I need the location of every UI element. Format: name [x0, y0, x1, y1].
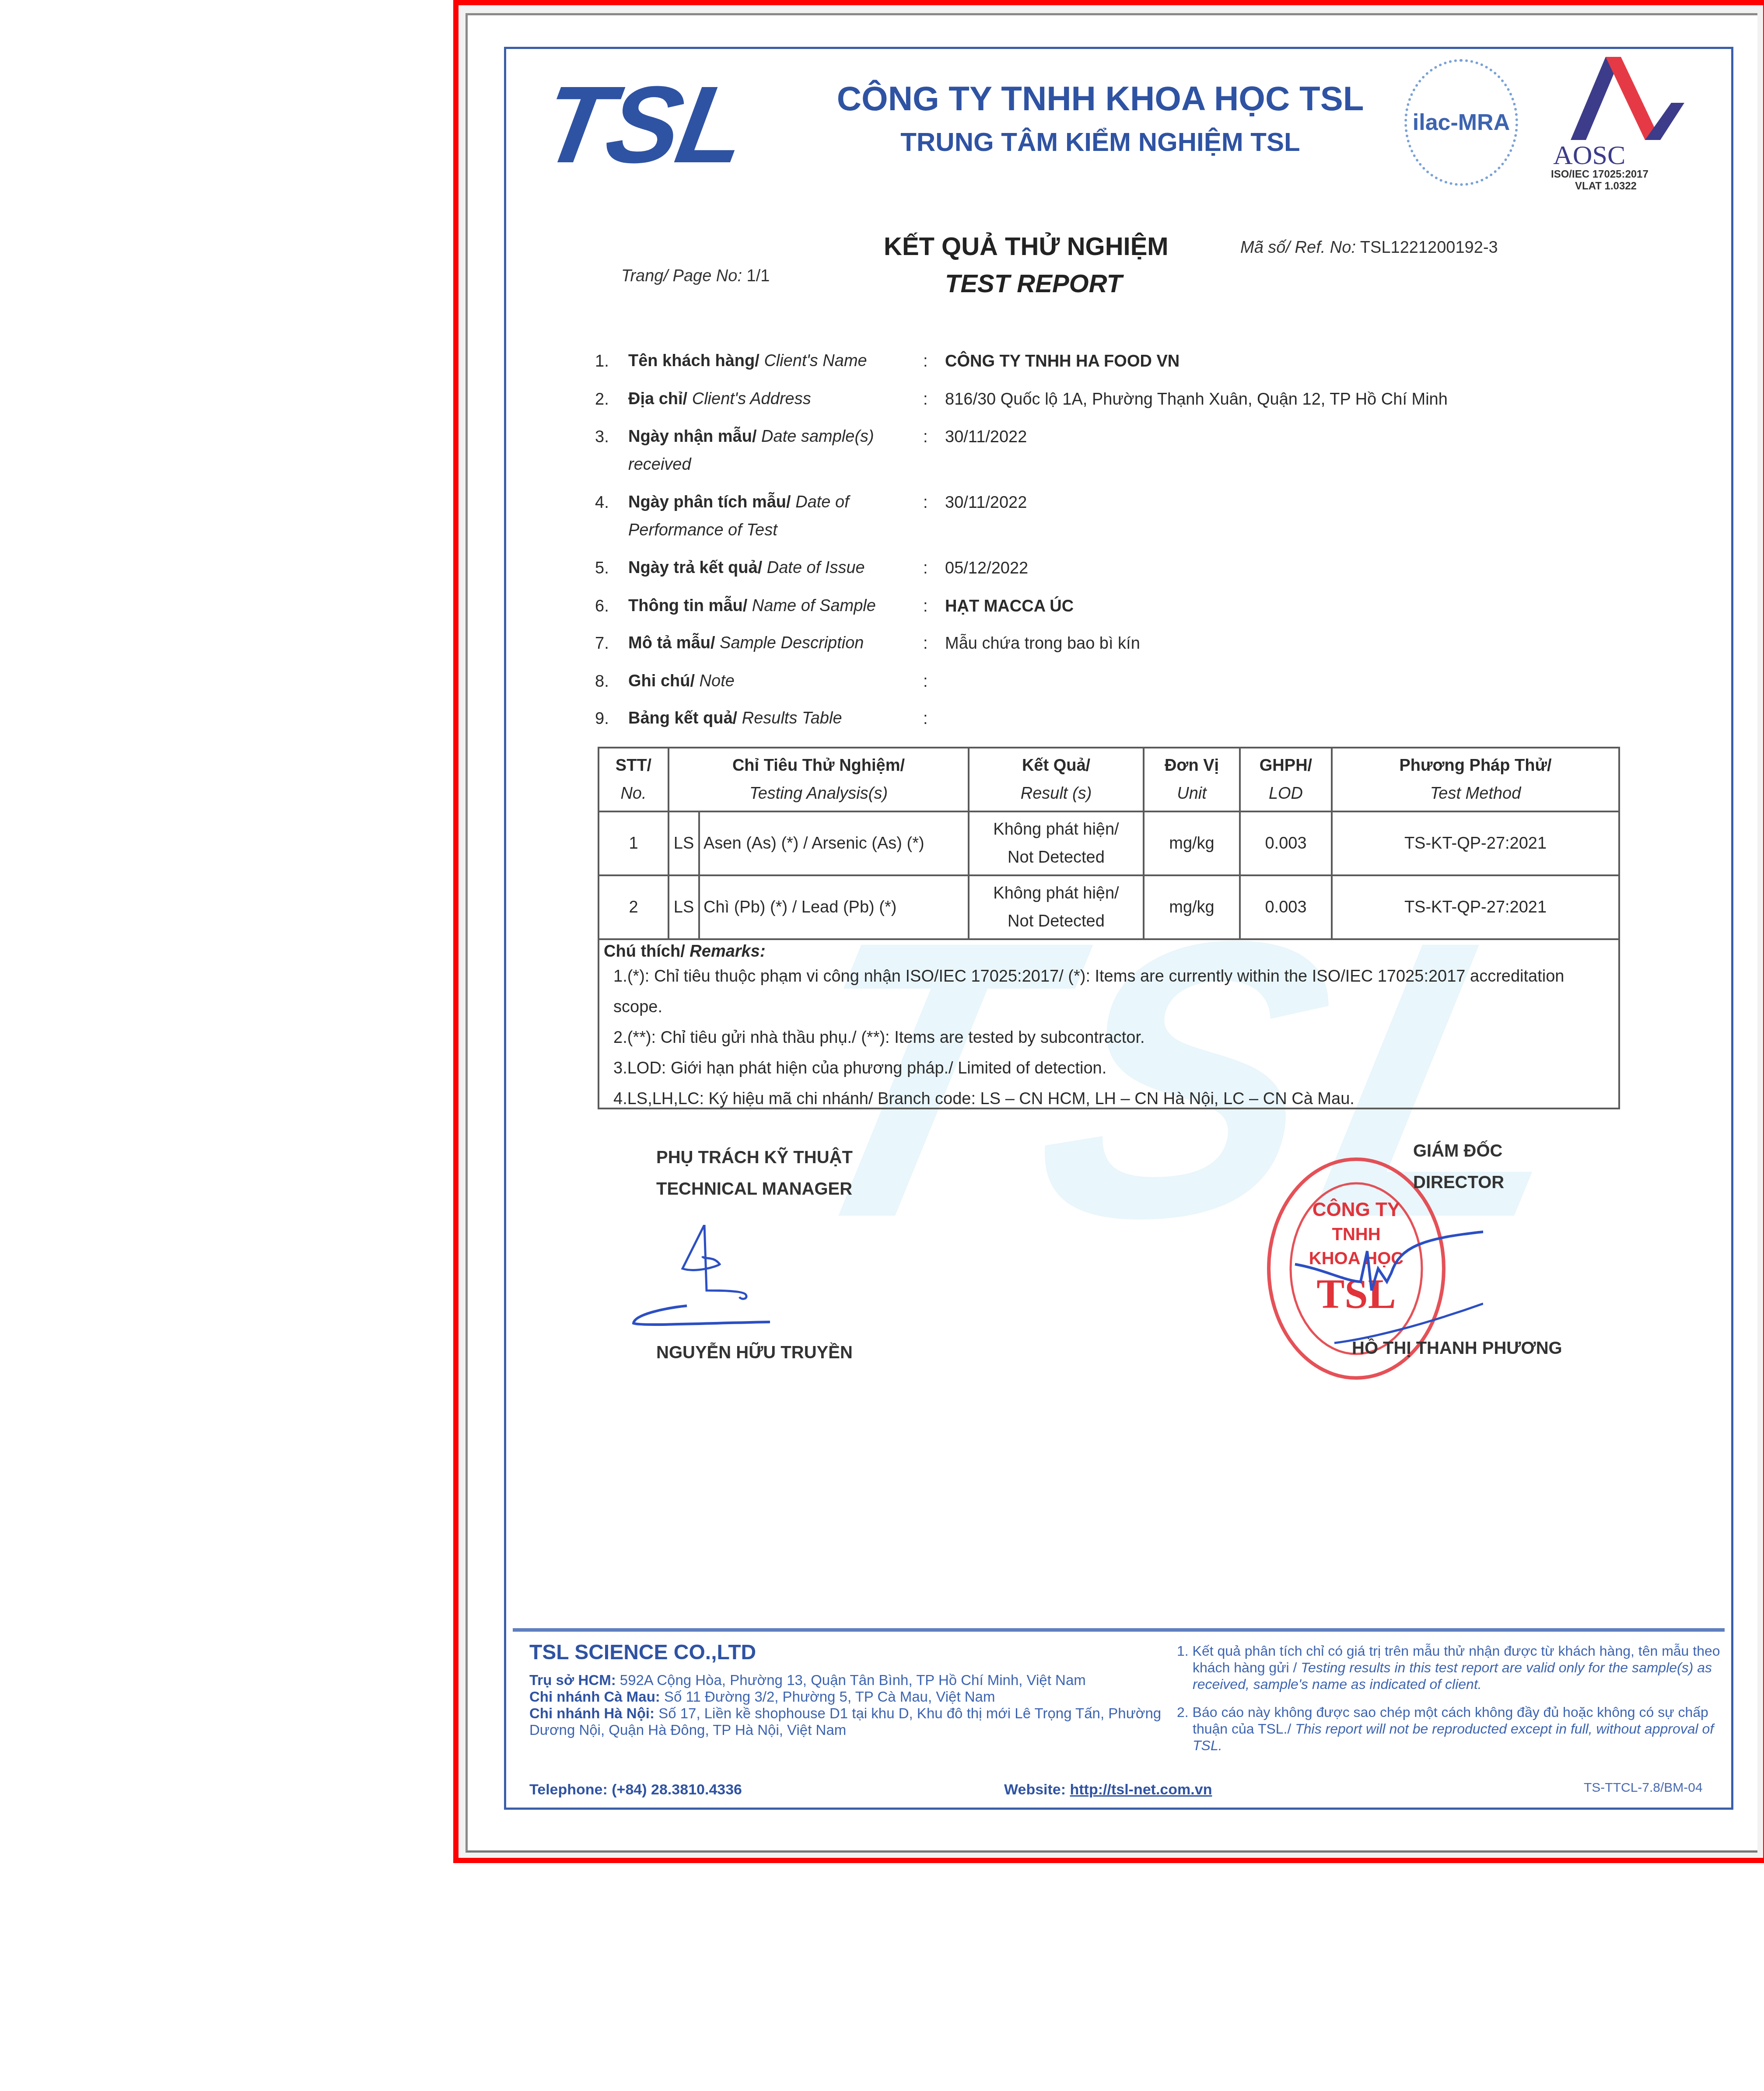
- info-row-colon: :: [923, 428, 928, 447]
- result-value: Không phát hiện/Not Detected: [969, 875, 1144, 939]
- remarks-heading: Chú thích/ Remarks:: [604, 942, 1614, 961]
- ilac-logo-text: ilac-MRA: [1413, 109, 1510, 136]
- info-row-value: 05/12/2022: [945, 559, 1028, 578]
- ilac-mra-logo: ilac-MRA: [1404, 59, 1518, 186]
- info-row-number: 2.: [595, 390, 621, 409]
- page-value: 1/1: [747, 267, 770, 285]
- result-unit: mg/kg: [1144, 875, 1240, 939]
- results-column-header: Chỉ Tiêu Thử Nghiệm/Testing Analysis(s): [668, 748, 969, 811]
- website-link[interactable]: http://tsl-net.com.vn: [1070, 1781, 1212, 1798]
- director-title-vi: GIÁM ĐỐC: [1413, 1135, 1504, 1167]
- result-no: 2: [598, 875, 668, 939]
- result-branch-code: LS: [668, 811, 699, 875]
- ref-label: Mã số/ Ref. No:: [1240, 238, 1356, 257]
- info-row-label: Mô tả mẫu/ Sample Description: [628, 629, 899, 657]
- info-row-label: Ngày trả kết quả/ Date of Issue: [628, 554, 899, 582]
- report-title-vi: KẾT QUẢ THỬ NGHIỆM: [884, 232, 1169, 261]
- results-column-header: GHPH/LOD: [1240, 748, 1332, 811]
- director-signature-block: GIÁM ĐỐC DIRECTOR: [1413, 1135, 1504, 1198]
- info-row-number: 7.: [595, 634, 621, 653]
- company-title: CÔNG TY TNHH KHOA HỌC TSL: [822, 79, 1378, 119]
- aosc-chevron-icon: [1544, 52, 1689, 149]
- info-row-label: Ghi chú/ Note: [628, 667, 899, 695]
- aosc-logo-text: AOSC: [1553, 140, 1625, 171]
- svg-text:KHOA HỌC: KHOA HỌC: [1309, 1249, 1403, 1268]
- info-row-number: 1.: [595, 352, 621, 371]
- technical-manager-name: NGUYỄN HỮU TRUYỀN: [656, 1343, 853, 1363]
- result-unit: mg/kg: [1144, 811, 1240, 875]
- footer-website: Website: http://tsl-net.com.vn: [1004, 1781, 1212, 1798]
- info-row-colon: :: [923, 634, 928, 653]
- ref-value: TSL1221200192-3: [1360, 238, 1498, 257]
- info-row-label: Ngày nhận mẫu/ Date sample(s) received: [628, 423, 899, 479]
- info-row-number: 5.: [595, 559, 621, 578]
- info-row-value: Mẫu chứa trong bao bì kín: [945, 634, 1140, 653]
- remarks-box: Chú thích/ Remarks: 1.(*): Chỉ tiêu thuộ…: [598, 935, 1620, 1109]
- form-code: TS-TTCL-7.8/BM-04: [1584, 1780, 1703, 1795]
- info-row-colon: :: [923, 710, 928, 728]
- info-row-number: 9.: [595, 710, 621, 728]
- technical-manager-signature-icon: [630, 1225, 814, 1339]
- info-row-number: 3.: [595, 428, 621, 447]
- svg-text:CÔNG TY: CÔNG TY: [1312, 1198, 1400, 1220]
- result-branch-code: LS: [668, 875, 699, 939]
- info-row-colon: :: [923, 597, 928, 616]
- report-title-en: TEST REPORT: [945, 269, 1122, 298]
- footer-camau-address: Chi nhánh Cà Mau: Số 11 Đường 3/2, Phườn…: [529, 1689, 1164, 1705]
- footer-note-2: 2. Báo cáo này không được sao chép một c…: [1177, 1704, 1724, 1754]
- results-table-row: 2LSChì (Pb) (*) / Lead (Pb) (*)Không phá…: [598, 875, 1619, 939]
- info-row-value: 30/11/2022: [945, 428, 1027, 447]
- footer-divider: [513, 1628, 1725, 1632]
- footer-note-1: 1. Kết quả phân tích chỉ có giá trị trên…: [1177, 1643, 1724, 1692]
- footer-hq-address: Trụ sở HCM: 592A Cộng Hòa, Phường 13, Qu…: [529, 1672, 1164, 1689]
- info-row-colon: :: [923, 352, 928, 371]
- svg-text:TNHH: TNHH: [1332, 1225, 1380, 1244]
- info-row-colon: :: [923, 390, 928, 409]
- technical-manager-title-en: TECHNICAL MANAGER: [656, 1173, 853, 1205]
- footer-company-name: TSL SCIENCE CO.,LTD: [529, 1640, 756, 1664]
- remark-item: 4.LS,LH,LC: Ký hiệu mã chi nhánh/ Branch…: [604, 1084, 1614, 1114]
- result-value: Không phát hiện/Not Detected: [969, 811, 1144, 875]
- info-row-value: 816/30 Quốc lộ 1A, Phường Thạnh Xuân, Qu…: [945, 390, 1448, 409]
- info-row-value: HẠT MACCA ÚC: [945, 597, 1074, 616]
- page-number: Trang/ Page No: 1/1: [621, 267, 770, 286]
- info-row-number: 6.: [595, 597, 621, 616]
- company-subtitle: TRUNG TÂM KIỂM NGHIỆM TSL: [822, 127, 1378, 157]
- reference-number: Mã số/ Ref. No: TSL1221200192-3: [1240, 238, 1498, 257]
- remark-item: 3.LOD: Giới hạn phát hiện của phương phá…: [604, 1053, 1614, 1084]
- info-row-number: 4.: [595, 493, 621, 512]
- results-table: STT/No.Chỉ Tiêu Thử Nghiệm/Testing Analy…: [598, 747, 1620, 940]
- aosc-logo: AOSC VLAT 1.0322: [1544, 52, 1689, 188]
- info-row-label: Thông tin mẫu/ Name of Sample: [628, 592, 899, 620]
- result-method: TS-KT-QP-27:2021: [1332, 811, 1619, 875]
- info-row-label: Địa chỉ/ Client's Address: [628, 385, 899, 413]
- result-no: 1: [598, 811, 668, 875]
- info-row-label: Ngày phân tích mẫu/ Date of Performance …: [628, 488, 899, 544]
- director-name: HỒ THỊ THANH PHƯƠNG: [1352, 1339, 1562, 1358]
- result-analysis: Asen (As) (*) / Arsenic (As) (*): [699, 811, 969, 875]
- director-title-en: DIRECTOR: [1413, 1167, 1504, 1198]
- footer-disclaimers: 1. Kết quả phân tích chỉ có giá trị trên…: [1177, 1643, 1724, 1765]
- remark-item: 2.(**): Chỉ tiêu gửi nhà thầu phụ./ (**)…: [604, 1022, 1614, 1053]
- footer-hanoi-address: Chi nhánh Hà Nội: Số 17, Liền kề shophou…: [529, 1705, 1164, 1738]
- info-row-value: CÔNG TY TNHH HA FOOD VN: [945, 352, 1179, 371]
- aosc-accreditation-code: VLAT 1.0322: [1575, 180, 1637, 192]
- results-column-header: STT/No.: [598, 748, 668, 811]
- info-row-number: 8.: [595, 672, 621, 691]
- aosc-standard: ISO/IEC 17025:2017: [1551, 168, 1648, 181]
- result-analysis: Chì (Pb) (*) / Lead (Pb) (*): [699, 875, 969, 939]
- page-label: Trang/ Page No:: [621, 267, 742, 285]
- info-row-colon: :: [923, 672, 928, 691]
- result-lod: 0.003: [1240, 811, 1332, 875]
- results-table-row: 1LSAsen (As) (*) / Arsenic (As) (*)Không…: [598, 811, 1619, 875]
- tsl-logo: TSL: [535, 70, 752, 179]
- info-row-colon: :: [923, 559, 928, 578]
- results-column-header: Đơn VịUnit: [1144, 748, 1240, 811]
- info-row-label: Tên khách hàng/ Client's Name: [628, 347, 899, 375]
- info-row-value: 30/11/2022: [945, 493, 1027, 512]
- technical-manager-signature-block: PHỤ TRÁCH KỸ THUẬT TECHNICAL MANAGER: [656, 1142, 853, 1205]
- technical-manager-title-vi: PHỤ TRÁCH KỸ THUẬT: [656, 1142, 853, 1173]
- footer-telephone: Telephone: (+84) 28.3810.4336: [529, 1781, 742, 1798]
- result-method: TS-KT-QP-27:2021: [1332, 875, 1619, 939]
- footer-addresses: Trụ sở HCM: 592A Cộng Hòa, Phường 13, Qu…: [529, 1672, 1164, 1738]
- result-lod: 0.003: [1240, 875, 1332, 939]
- info-row-label: Bảng kết quả/ Results Table: [628, 704, 899, 732]
- remark-item: 1.(*): Chỉ tiêu thuộc phạm vi công nhận …: [604, 961, 1614, 1022]
- info-row-colon: :: [923, 493, 928, 512]
- results-column-header: Kết Quả/Result (s): [969, 748, 1144, 811]
- results-table-header: STT/No.Chỉ Tiêu Thử Nghiệm/Testing Analy…: [598, 748, 1619, 811]
- results-column-header: Phương Pháp Thử/Test Method: [1332, 748, 1619, 811]
